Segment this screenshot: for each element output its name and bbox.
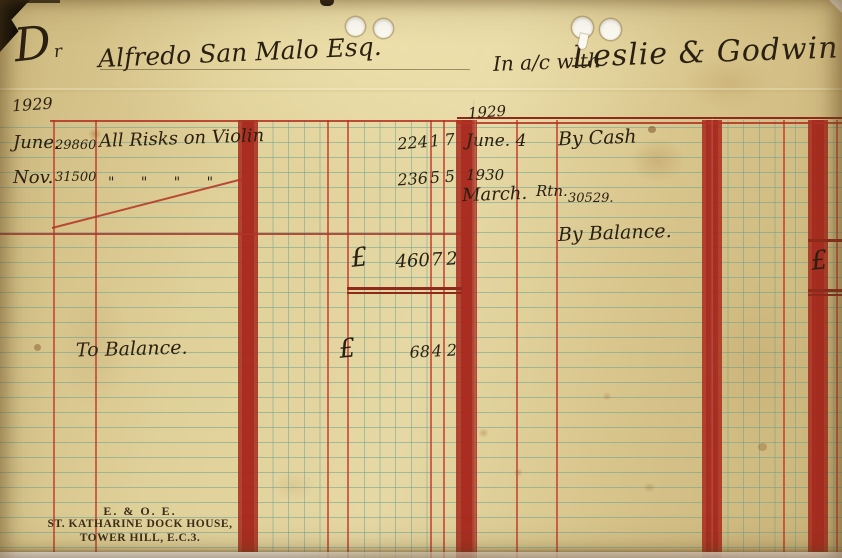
paper-stain xyxy=(602,392,612,401)
punch-hole xyxy=(374,19,393,38)
paper-stain xyxy=(758,443,767,451)
paper-stain xyxy=(648,126,656,133)
paper-stain xyxy=(34,344,41,351)
ditto-marks: " " " " xyxy=(108,176,213,190)
paper-stain xyxy=(514,468,523,477)
corner-notch xyxy=(829,0,842,13)
amount-shillings: 1 xyxy=(427,133,442,150)
scan-edge-mark xyxy=(320,0,334,6)
total-shillings: 7 xyxy=(429,251,444,270)
punch-hole xyxy=(346,17,365,36)
balance-pence: 2 xyxy=(444,342,461,359)
total-pence: 2 xyxy=(443,250,460,269)
entry-ref: Rtn. xyxy=(536,184,568,199)
paper-stain xyxy=(630,138,685,183)
paper-stain xyxy=(685,55,770,110)
entry-description: By Balance. xyxy=(558,222,672,245)
credit-total-underline xyxy=(808,289,842,292)
column-rule xyxy=(327,120,329,558)
table-top-rule xyxy=(50,120,462,122)
amount-pence: 5 xyxy=(441,168,458,185)
scan-bottom-edge xyxy=(0,552,842,558)
entry-year: 1930 xyxy=(466,168,504,183)
footer-imprint: E. & O. E. ST. KATHARINE DOCK HOUSE, TOW… xyxy=(35,504,245,545)
balance-shillings: 4 xyxy=(430,343,445,360)
scan-edge xyxy=(0,0,60,3)
entry-date: Nov. xyxy=(13,169,53,187)
address-line-2: TOWER HILL, E.C.3. xyxy=(35,532,245,546)
total-underline xyxy=(347,287,462,290)
balance-pounds: 68 xyxy=(352,344,431,364)
section-close-rule xyxy=(0,233,462,235)
paper-crease xyxy=(473,100,476,558)
ledger-sheet: Dr Alfredo San Malo Esq. In a/c with Les… xyxy=(0,0,842,558)
credit-total-top-rule xyxy=(808,239,842,242)
paper-crease xyxy=(0,88,842,90)
entry-description: By Cash xyxy=(558,128,637,150)
punch-hole xyxy=(600,19,621,40)
credit-total-pound-sign: £ xyxy=(810,247,829,275)
policy-number: 30529. xyxy=(568,192,614,205)
column-rule xyxy=(242,120,258,558)
policy-number: 31500 xyxy=(55,171,96,184)
debit-marker: Dr xyxy=(12,18,64,69)
paper-stain xyxy=(270,470,315,502)
client-name: Alfredo San Malo Esq. xyxy=(98,34,382,71)
entry-date: June. xyxy=(13,134,60,152)
paper-stain xyxy=(88,128,102,140)
amount-shillings: 5 xyxy=(427,169,442,186)
errors-excepted-note: E. & O. E. xyxy=(35,504,245,518)
address-line-1: ST. KATHARINE DOCK HOUSE, xyxy=(35,518,245,532)
entry-date: March. xyxy=(462,185,528,205)
total-underline xyxy=(347,292,462,294)
paper-crease xyxy=(710,118,713,558)
paper-stain xyxy=(643,482,656,493)
amount-pence: 7 xyxy=(441,131,458,148)
debit-year: 1929 xyxy=(11,96,53,115)
paper-stain xyxy=(60,280,130,410)
paper-stain xyxy=(478,428,489,438)
credit-total-underline xyxy=(808,294,842,296)
policy-number: 29860 xyxy=(55,139,96,152)
column-rule xyxy=(836,120,838,558)
total-pounds: 460 xyxy=(352,252,431,274)
paper-bottom-shadow xyxy=(0,548,842,552)
table-top-rule xyxy=(457,122,842,124)
table-top-rule xyxy=(457,117,842,119)
